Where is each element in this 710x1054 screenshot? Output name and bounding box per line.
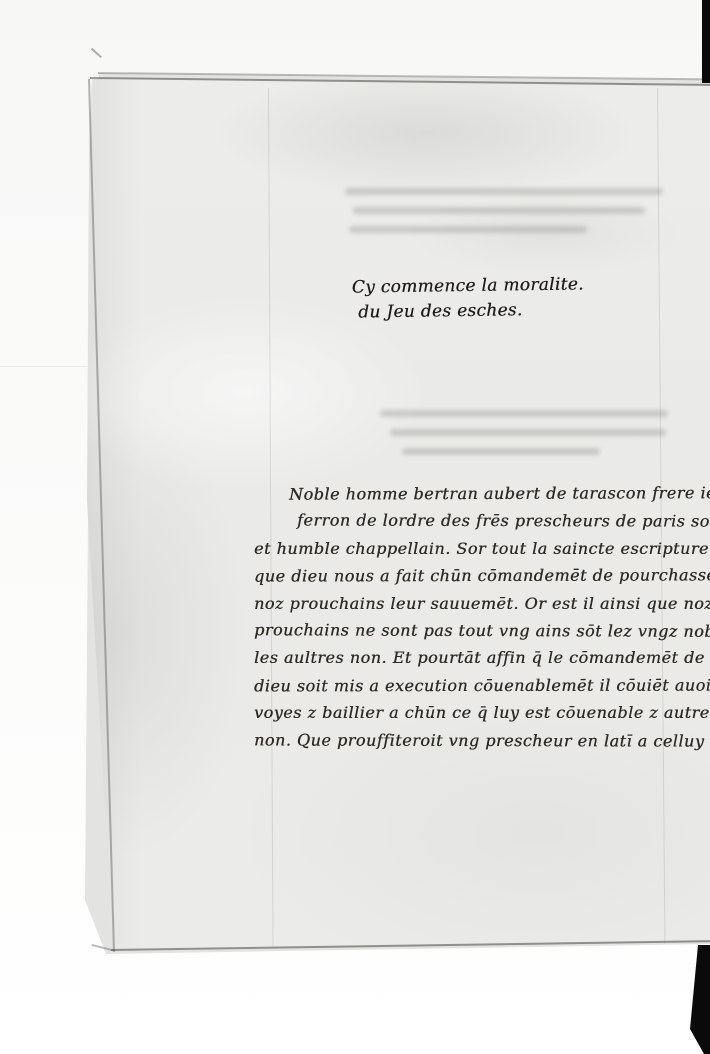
- showthrough-line: [349, 226, 587, 233]
- heading-line-2: du Jeu des esches.: [358, 297, 582, 325]
- heading-line-1: Cy commence la moralite.: [352, 272, 582, 300]
- text-line: voyes z baillier a chūn ce q̄ luy est cō…: [254, 699, 700, 726]
- background-crease: [0, 366, 87, 367]
- showthrough-line: [380, 410, 668, 417]
- verso-showthrough-lower: [380, 410, 680, 467]
- manuscript-heading: Cy commence la moralite. du Jeu des esch…: [352, 272, 583, 325]
- showthrough-line: [402, 448, 600, 455]
- text-line: dieu soit mis a execution cōuenablemēt i…: [254, 671, 700, 699]
- showthrough-line: [390, 429, 666, 436]
- manuscript-body-text: Noble homme bertran aubert de tarascon f…: [254, 480, 700, 754]
- scratch-mark: [91, 48, 102, 58]
- showthrough-line: [345, 188, 663, 195]
- showthrough-line: [353, 207, 645, 214]
- text-line: prouchains ne sont pas tout vng ains sōt…: [254, 616, 700, 645]
- text-line: ferron de lordre des frēs prescheurs de …: [254, 507, 700, 536]
- text-line: les aultres non. Et pourtāt affin q̄ le …: [254, 644, 700, 671]
- text-line: et humble chappellain. Sor tout la sainc…: [254, 535, 700, 562]
- verso-showthrough-upper: [345, 188, 667, 245]
- text-line: que dieu nous a fait chūn cōmandemēt de …: [254, 562, 700, 591]
- manuscript-scan: Cy commence la moralite. du Jeu des esch…: [0, 0, 710, 1054]
- scanner-black-bar-top-right: [702, 0, 710, 83]
- text-line: Noble homme bertran aubert de tarascon f…: [254, 479, 700, 508]
- text-line: non. Que prouffiteroit vng prescheur en …: [254, 726, 700, 755]
- scanner-black-corner-bottom-right: [690, 945, 710, 1054]
- text-line: noz prouchains leur sauuemēt. Or est il …: [254, 590, 700, 617]
